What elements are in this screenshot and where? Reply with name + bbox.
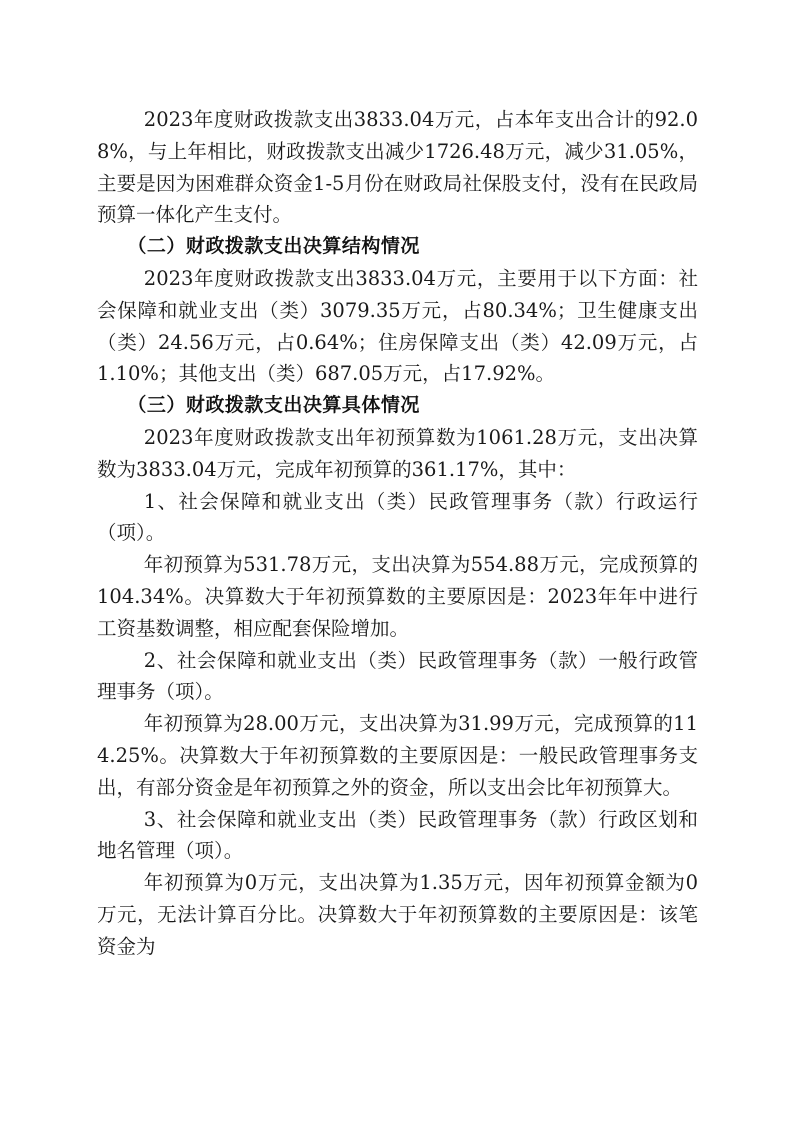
section-heading-details: （三）财政拨款支出决算具体情况: [97, 390, 698, 422]
paragraph-item-3-detail: 年初预算为0万元，支出决算为1.35万元，因年初预算金额为0万元，无法计算百分比…: [97, 867, 698, 962]
paragraph-item-2-title: 2、社会保障和就业支出（类）民政管理事务（款）一般行政管理事务（项）。: [97, 645, 698, 709]
section-heading-structure: （二）财政拨款支出决算结构情况: [97, 231, 698, 263]
document-page: 2023年度财政拨款支出3833.04万元，占本年支出合计的92.08%，与上年…: [97, 104, 698, 963]
paragraph-item-1-title: 1、社会保障和就业支出（类）民政管理事务（款）行政运行（项）。: [97, 486, 698, 550]
paragraph-item-3-title: 3、社会保障和就业支出（类）民政管理事务（款）行政区划和地名管理（项）。: [97, 804, 698, 868]
paragraph-budget-summary: 2023年度财政拨款支出年初预算数为1061.28万元，支出决算数为3833.0…: [97, 422, 698, 486]
paragraph-expenditure-structure: 2023年度财政拨款支出3833.04万元，主要用于以下方面：社会保障和就业支出…: [97, 263, 698, 390]
paragraph-item-1-detail: 年初预算为531.78万元，支出决算为554.88万元，完成预算的104.34%…: [97, 549, 698, 644]
paragraph-item-2-detail: 年初预算为28.00万元，支出决算为31.99万元，完成预算的114.25%。决…: [97, 708, 698, 803]
paragraph-appropriation-overview: 2023年度财政拨款支出3833.04万元，占本年支出合计的92.08%，与上年…: [97, 104, 698, 231]
